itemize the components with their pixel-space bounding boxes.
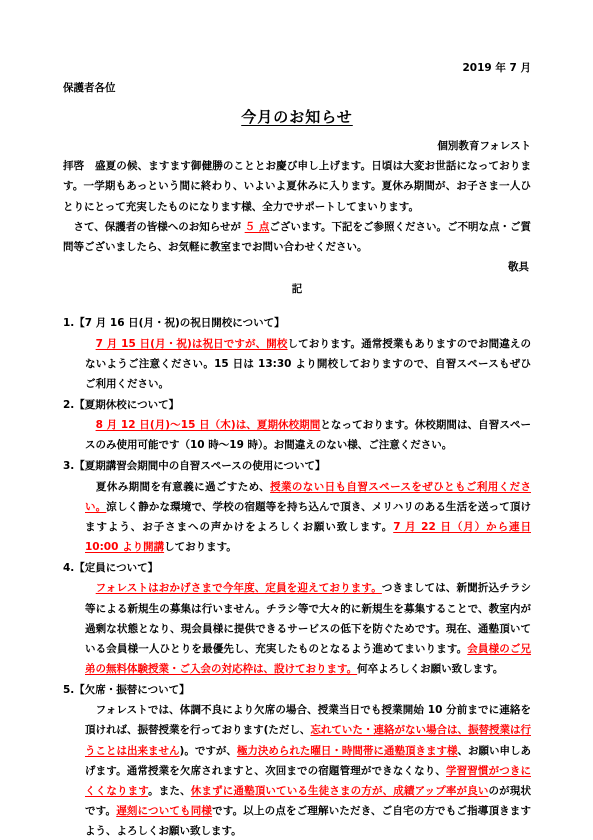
section-body-paragraph: フォレストはおかげさまで今年度、定員を迎えております。つきましては、新聞折込チラ… — [85, 578, 531, 679]
section-heading: 3.【夏期講習会期間中の自習スペースの使用について】 — [63, 456, 531, 476]
emphasis-red-text: 遅刻についても同様 — [116, 805, 212, 817]
document-date: 2019 年 7 月 — [63, 58, 531, 78]
body-text — [85, 419, 96, 431]
section-heading: 2.【夏期休校について】 — [63, 395, 531, 415]
sender-name: 個別教育フォレスト — [63, 136, 531, 156]
closing-keigu: 敬具 — [63, 257, 531, 277]
body-text: さて、保護者の皆様へのお知らせが — [63, 221, 245, 233]
body-text: 拝啓 盛夏の候、ますます御健勝のこととお慶び申し上げます。日頃は大変お世話になっ… — [63, 160, 531, 212]
intro-paragraph: さて、保護者の皆様へのお知らせが ５ 点ございます。下記をご参照ください。ご不明… — [63, 217, 531, 257]
intro-paragraphs: 拝啓 盛夏の候、ますます御健勝のこととお慶び申し上げます。日頃は大変お世話になっ… — [63, 156, 531, 257]
section-heading: 4.【定員について】 — [63, 558, 531, 578]
emphasis-red-text: フォレストはおかげさまで今年度、定員を迎えております。 — [96, 582, 382, 594]
emphasis-red-text: 8 月 12 日(月)～15 日（木)は、夏期休校期間 — [96, 419, 321, 431]
section-body-paragraph: 7 月 15 日(月・祝)は祝日ですが、開校しております。通常授業もありますので… — [85, 334, 531, 394]
section-heading: 5.【欠席・振替について】 — [63, 680, 531, 700]
body-text: 夏休み期間を有意義に過ごすため、 — [85, 481, 270, 493]
body-text: 。また、 — [148, 785, 191, 797]
body-text: )。ですが、 — [180, 745, 237, 757]
emphasis-red-text: ５ 点 — [245, 221, 270, 233]
section-body-paragraph: フォレストでは、体調不良により欠席の場合、授業当日でも授業開始 10 分前までに… — [85, 700, 531, 840]
section-body-paragraph: 夏休み期間を有意義に過ごすため、授業のない日も自習スペースをぜひともご利用くださ… — [85, 477, 531, 558]
ki-marker: 記 — [63, 279, 531, 299]
notice-sections: 1.【7 月 16 日(月・祝)の祝日開校について】 7 月 15 日(月・祝)… — [63, 313, 531, 840]
recipient-line: 保護者各位 — [63, 78, 531, 98]
document-title: 今月のお知らせ — [63, 103, 531, 132]
notice-section: 5.【欠席・振替について】 フォレストでは、体調不良により欠席の場合、授業当日で… — [63, 680, 531, 840]
body-text: 何卒よろしくお願い致します。 — [357, 663, 503, 675]
section-heading: 1.【7 月 16 日(月・祝)の祝日開校について】 — [63, 313, 531, 333]
document-title-text: 今月のお知らせ — [241, 108, 353, 126]
body-text — [85, 582, 96, 594]
notice-section: 4.【定員について】 フォレストはおかげさまで今年度、定員を迎えております。つき… — [63, 558, 531, 679]
emphasis-red-text: 休まずに通塾頂いている生徒さまの方が、成績アップ率が良い — [191, 785, 489, 797]
body-text: しております。 — [164, 541, 237, 553]
notice-section: 2.【夏期休校について】 8 月 12 日(月)～15 日（木)は、夏期休校期間… — [63, 395, 531, 455]
emphasis-red-text: 極力決められた曜日・時間帯に通塾頂きます様 — [237, 745, 458, 757]
body-text — [85, 338, 96, 350]
intro-paragraph: 拝啓 盛夏の候、ますます御健勝のこととお慶び申し上げます。日頃は大変お世話になっ… — [63, 156, 531, 216]
notice-section: 3.【夏期講習会期間中の自習スペースの使用について】 夏休み期間を有意義に過ごす… — [63, 456, 531, 557]
notice-section: 1.【7 月 16 日(月・祝)の祝日開校について】 7 月 15 日(月・祝)… — [63, 313, 531, 394]
document-page: 2019 年 7 月 保護者各位 今月のお知らせ 個別教育フォレスト 拝啓 盛夏… — [0, 0, 593, 840]
emphasis-red-text: 7 月 15 日(月・祝)は祝日ですが、開校 — [96, 338, 288, 350]
section-body-paragraph: 8 月 12 日(月)～15 日（木)は、夏期休校期間となっております。休校期間… — [85, 415, 531, 455]
